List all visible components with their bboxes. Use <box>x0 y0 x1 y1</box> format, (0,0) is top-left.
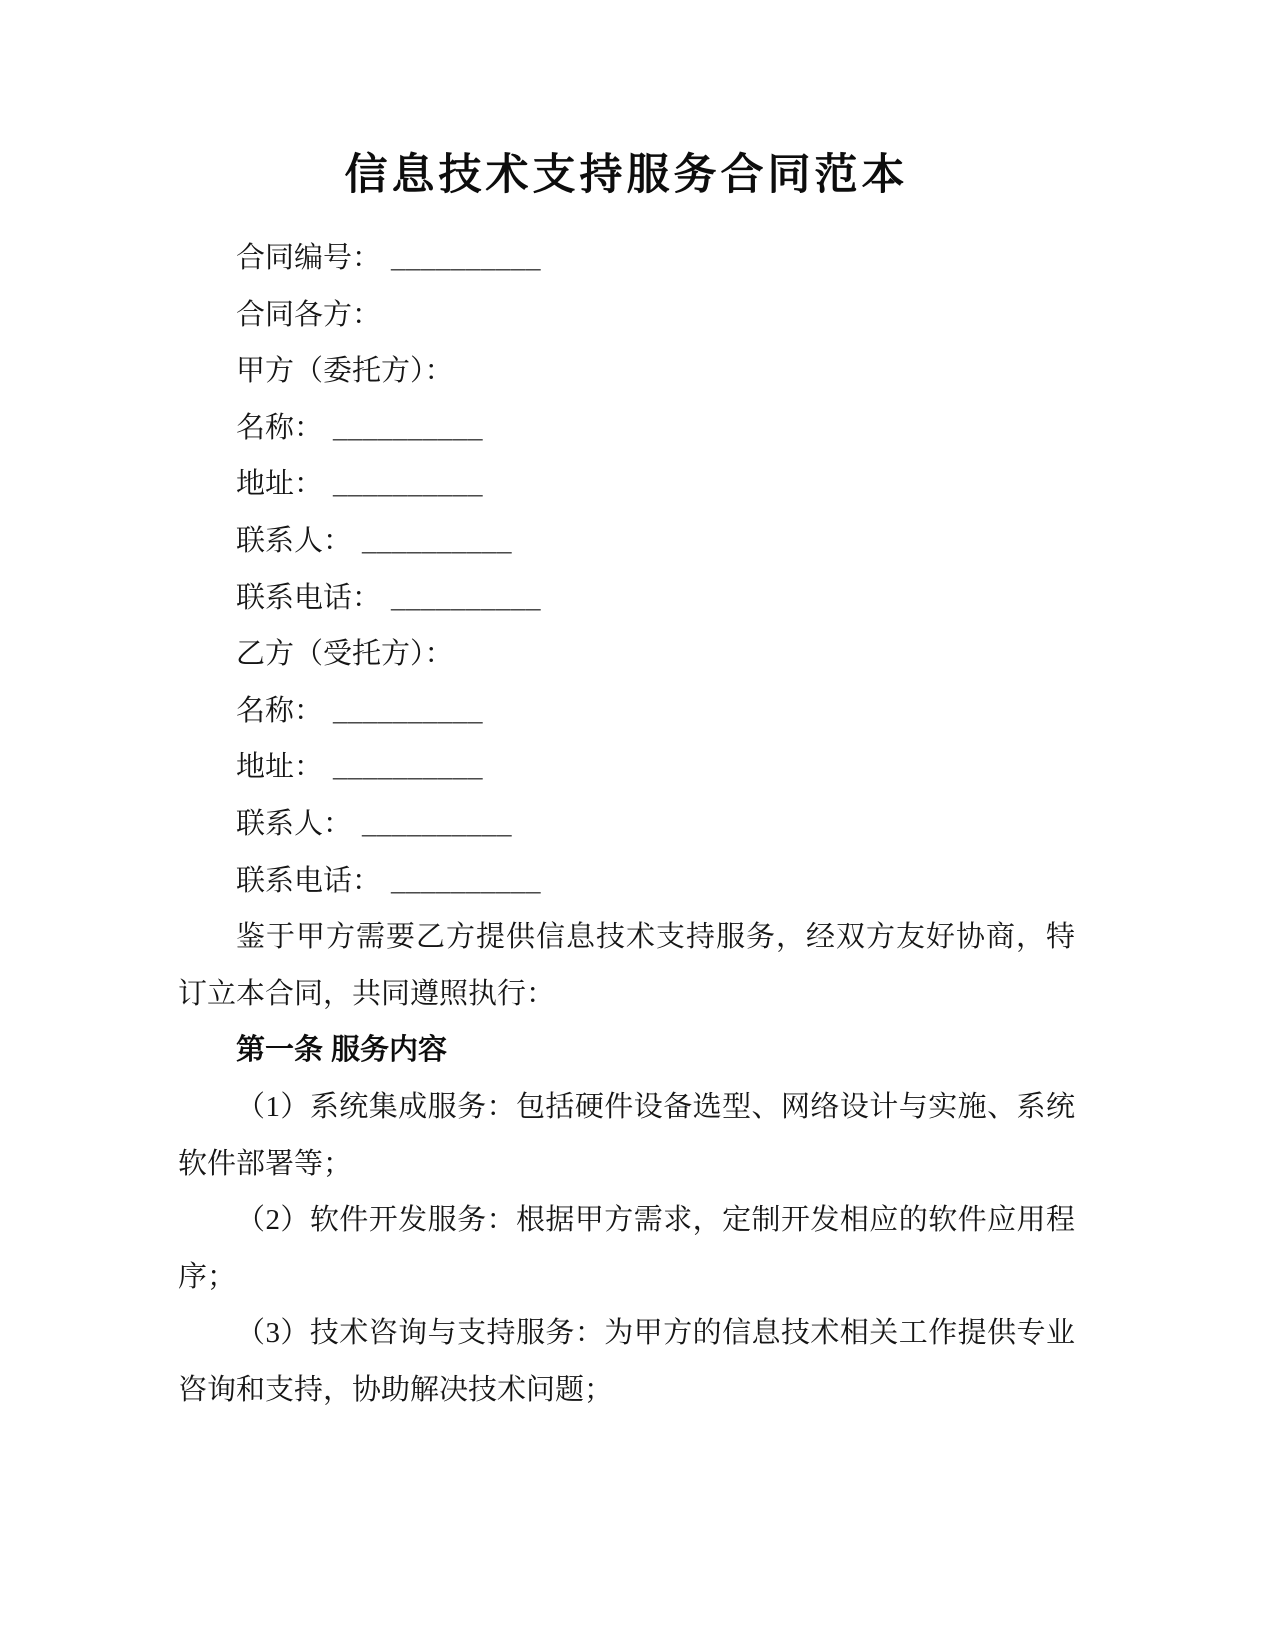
field-label: 联系电话： <box>236 865 381 897</box>
field-blank-line: __________ <box>333 468 483 500</box>
field-label: 联系电话： <box>236 582 381 614</box>
service-item-3: （3）技术咨询与支持服务：为甲方的信息技术相关工作提供专业咨询和支持，协助解决技… <box>178 1305 1075 1418</box>
field-line-party-a-heading: 甲方（委托方）： <box>178 343 1075 400</box>
field-label: 名称： <box>236 695 323 727</box>
field-blank-line: __________ <box>362 808 512 840</box>
field-label: 联系人： <box>236 525 352 557</box>
field-label: 乙方（受托方）： <box>236 638 454 670</box>
field-blank-line: __________ <box>333 695 483 727</box>
field-blank-line: __________ <box>391 865 541 897</box>
field-blank-line: __________ <box>333 412 483 444</box>
field-label: 名称： <box>236 412 323 444</box>
section-1-heading: 第一条 服务内容 <box>178 1022 1075 1079</box>
field-line-party-b-address: 地址：__________ <box>178 739 1075 796</box>
field-line-party-b-name: 名称：__________ <box>178 683 1075 740</box>
field-label: 地址： <box>236 751 323 783</box>
field-line-party-b-phone: 联系电话：__________ <box>178 853 1075 910</box>
field-label: 甲方（委托方）： <box>236 355 454 387</box>
field-blank-line: __________ <box>333 751 483 783</box>
field-line-contract-number: 合同编号：__________ <box>178 230 1075 287</box>
field-line-party-b-heading: 乙方（受托方）： <box>178 626 1075 683</box>
field-line-party-b-contact: 联系人：__________ <box>178 796 1075 853</box>
field-label: 联系人： <box>236 808 352 840</box>
field-blank-line: __________ <box>391 582 541 614</box>
field-blank-line: __________ <box>391 242 541 274</box>
field-line-contract-parties: 合同各方： <box>178 287 1075 344</box>
field-label: 地址： <box>236 468 323 500</box>
preamble-paragraph: 鉴于甲方需要乙方提供信息技术支持服务，经双方友好协商，特订立本合同，共同遵照执行… <box>178 909 1075 1022</box>
document-title: 信息技术支持服务合同范本 <box>178 144 1075 208</box>
field-line-party-a-phone: 联系电话：__________ <box>178 570 1075 627</box>
field-blank-line: __________ <box>362 525 512 557</box>
field-line-party-a-contact: 联系人：__________ <box>178 513 1075 570</box>
contract-document-page: 信息技术支持服务合同范本 合同编号：__________ 合同各方： 甲方（委托… <box>0 0 1275 1650</box>
field-line-party-a-address: 地址：__________ <box>178 456 1075 513</box>
field-label: 合同编号： <box>236 242 381 274</box>
field-line-party-a-name: 名称：__________ <box>178 400 1075 457</box>
field-label: 合同各方： <box>236 299 381 331</box>
service-item-2: （2）软件开发服务：根据甲方需求，定制开发相应的软件应用程序； <box>178 1192 1075 1305</box>
service-item-1: （1）系统集成服务：包括硬件设备选型、网络设计与实施、系统软件部署等； <box>178 1079 1075 1192</box>
